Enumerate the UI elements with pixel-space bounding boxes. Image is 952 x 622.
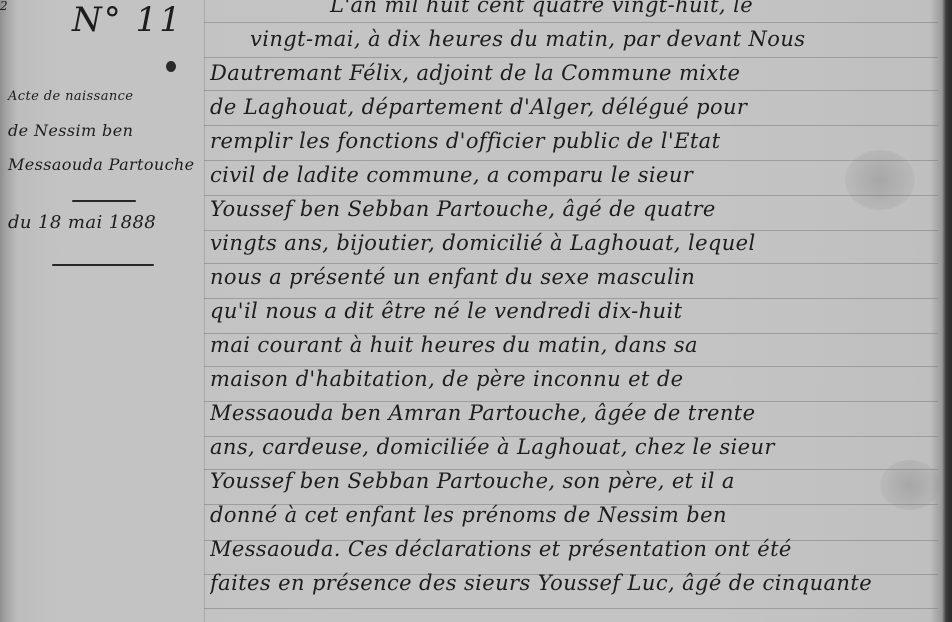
margin-annotation: N° 11 Acte de naissance de Nessim ben Me… [0,0,204,622]
record-body: L'an mil huit cent quatre vingt-huit, le… [210,0,932,622]
body-line: Messaouda. Ces déclarations et présentat… [210,534,932,564]
register-page: 2 N° 11 Acte de naissance de Nessim ben … [0,0,952,622]
margin-divider [72,200,136,202]
body-line: mai courant à huit heures du matin, dans… [210,330,932,360]
body-line: donné à cet enfant les prénoms de Nessim… [210,500,932,530]
ink-blot [166,61,176,72]
margin-date: du 18 mai 1888 [8,214,156,232]
body-line: maison d'habitation, de père inconnu et … [210,364,932,394]
body-line: L'an mil huit cent quatre vingt-huit, le [210,0,932,20]
body-line: Messaouda ben Amran Partouche, âgée de t… [210,398,932,428]
body-line: vingt-mai, à dix heures du matin, par de… [210,24,932,54]
body-line: vingts ans, bijoutier, domicilié à Lagho… [210,228,932,258]
body-line: faites en présence des sieurs Youssef Lu… [210,568,932,598]
margin-title-line-2: de Nessim ben [8,122,133,140]
body-line: Youssef ben Sebban Partouche, âgé de qua… [210,194,932,224]
margin-rule [204,0,205,622]
body-line: remplir les fonctions d'officier public … [210,126,932,156]
margin-title-line-3: Messaouda Partouche [8,156,195,174]
margin-divider [52,264,154,266]
body-line: qu'il nous a dit être né le vendredi dix… [210,296,932,326]
margin-title-line-1: Acte de naissance [8,88,133,106]
body-line: ans, cardeuse, domiciliée à Laghouat, ch… [210,432,932,462]
body-line: Youssef ben Sebban Partouche, son père, … [210,466,932,496]
record-number: N° 11 [72,2,183,38]
body-line: civil de ladite commune, a comparu le si… [210,160,932,190]
body-line: nous a présenté un enfant du sexe mascul… [210,262,932,292]
body-line: Dautremant Félix, adjoint de la Commune … [210,58,932,88]
body-line: de Laghouat, département d'Alger, délégu… [210,92,932,122]
